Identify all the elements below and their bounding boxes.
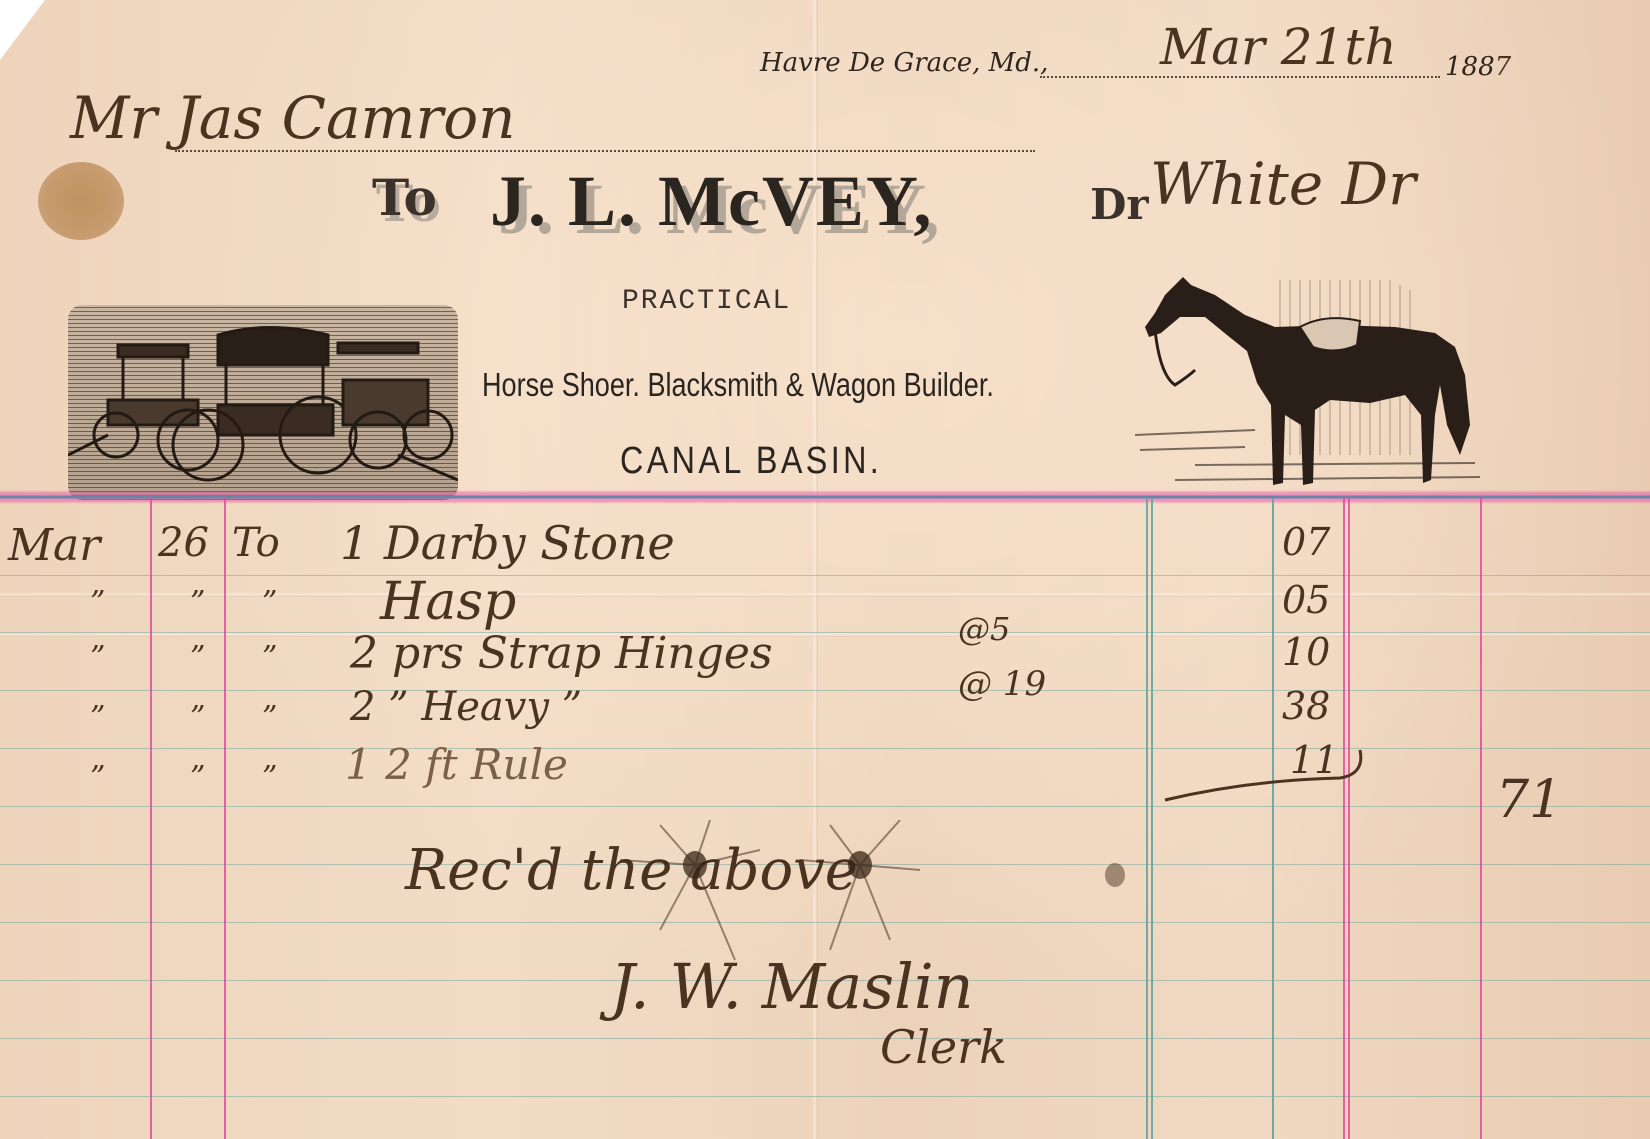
item-3-rate: @5 xyxy=(958,610,1010,648)
ledger-line xyxy=(0,632,1650,633)
ledger-line xyxy=(0,575,1650,576)
subtitle-trades: Horse Shoer. Blacksmith & Wagon Builder. xyxy=(482,366,994,404)
dr-label: Dr xyxy=(1090,180,1149,229)
item-4-day: ” xyxy=(190,700,205,735)
item-5-month: ” xyxy=(90,760,105,795)
year-prefix: 188 xyxy=(1445,52,1495,82)
item-1-description: 1 Darby Stone xyxy=(340,516,675,570)
ledger-column-rule xyxy=(1272,498,1274,1139)
ledger-line xyxy=(0,806,1650,807)
ledger-column-rule xyxy=(224,498,226,1139)
year-suffix: 7 xyxy=(1495,52,1512,82)
ledger-line xyxy=(0,690,1650,691)
addressee-dotted-line xyxy=(175,150,1035,152)
total-amount: 71 xyxy=(1496,770,1562,830)
ledger-column-rule xyxy=(1348,498,1350,1139)
item-4-prefix: ” xyxy=(262,700,277,735)
item-1-prefix: To xyxy=(232,520,280,566)
printed-year: 1887 xyxy=(1445,52,1511,82)
ledger-column-rule xyxy=(1343,498,1345,1139)
item-2-description: Hasp xyxy=(380,572,516,632)
total-underline xyxy=(1160,740,1380,810)
fold-crease xyxy=(0,592,1650,597)
business-name: J. L. McVEY, xyxy=(490,160,933,243)
item-4-description: 2 ” Heavy ” xyxy=(350,684,582,730)
item-5-description: 1 2 ft Rule xyxy=(345,740,568,789)
item-3-prefix: ” xyxy=(262,640,277,675)
ink-stain xyxy=(38,162,124,240)
ledger-line xyxy=(0,748,1650,749)
ledger-column-rule xyxy=(150,498,152,1139)
item-4-amount: 38 xyxy=(1282,684,1330,728)
item-5-prefix: ” xyxy=(262,760,277,795)
saddled-horse-engraving xyxy=(1135,255,1485,495)
item-3-month: ” xyxy=(90,640,105,675)
item-3-description: 2 prs Strap Hinges xyxy=(350,628,773,679)
ledger-top-rule xyxy=(0,490,1650,504)
subtitle-practical: PRACTICAL xyxy=(622,286,791,317)
addressee: Mr Jas Camron xyxy=(70,84,516,152)
ledger-column-rule xyxy=(1480,498,1482,1139)
item-4-month: ” xyxy=(90,700,105,735)
item-1-amount: 07 xyxy=(1282,520,1330,564)
item-1-month: Mar xyxy=(8,520,100,571)
item-4-rate: @ 19 xyxy=(958,664,1046,704)
handwritten-annotation: White Dr xyxy=(1150,150,1416,218)
item-2-month: ” xyxy=(90,585,105,620)
item-2-day: ” xyxy=(190,585,205,620)
to-label: To xyxy=(372,168,437,227)
carriages-engraving xyxy=(68,305,458,500)
handwritten-date: Mar 21th xyxy=(1160,18,1397,76)
ink-blots xyxy=(560,820,1200,1100)
date-dotted-line xyxy=(1040,76,1440,78)
item-5-day: ” xyxy=(190,760,205,795)
item-3-day: ” xyxy=(190,640,205,675)
item-3-amount: 10 xyxy=(1282,630,1330,674)
item-1-day: 26 xyxy=(158,520,209,566)
invoice-paper: Havre De Grace, Md., Mar 21th 1887 Mr Ja… xyxy=(0,0,1650,1139)
subtitle-location: CANAL BASIN. xyxy=(620,440,882,483)
item-2-prefix: ” xyxy=(262,585,277,620)
item-2-amount: 05 xyxy=(1282,578,1330,622)
printed-place: Havre De Grace, Md., xyxy=(760,48,1048,78)
